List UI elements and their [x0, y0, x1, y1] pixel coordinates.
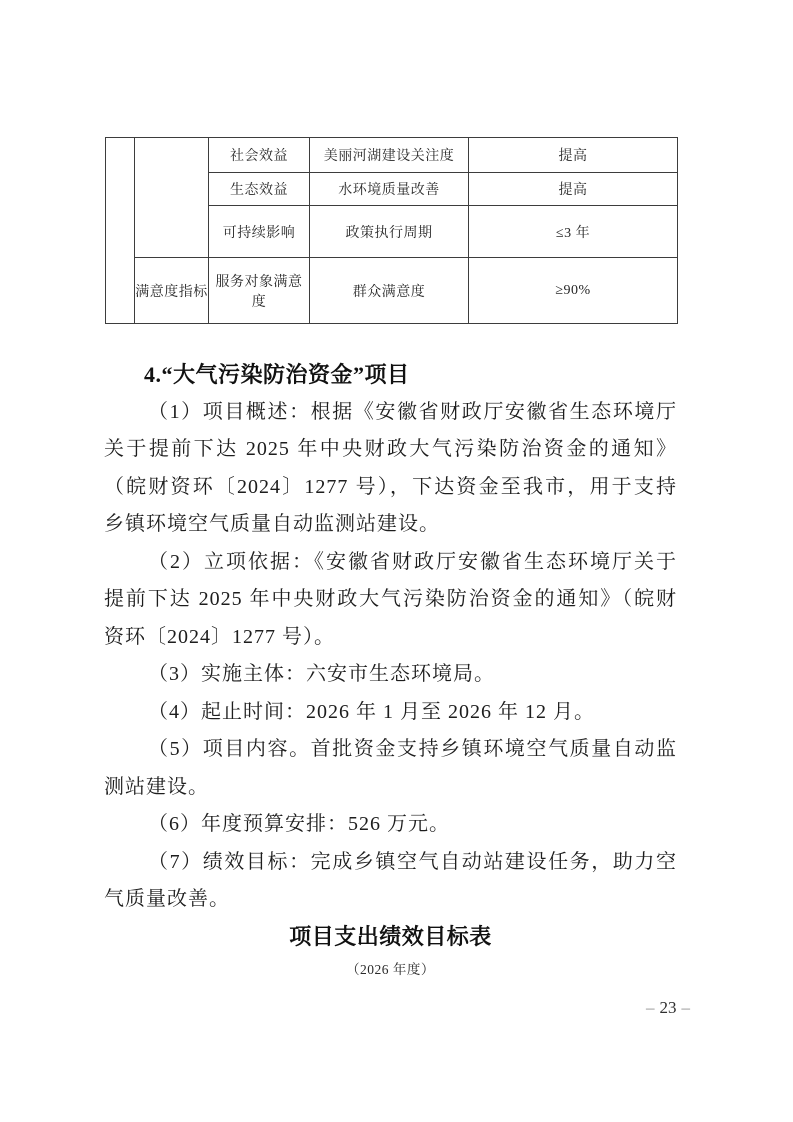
indicator-target-cell: ≥90% [469, 258, 678, 324]
indicator-target-cell: 提高 [469, 173, 678, 206]
satisfaction-label-cell: 满意度指标 [135, 258, 209, 324]
para-5-line-2: 测站建设。 [104, 769, 677, 807]
indicator-name-cell: 水环境质量改善 [310, 173, 469, 206]
para-1-line-2: 关于提前下达 2025 年中央财政大气污染防治资金的通知》 [104, 431, 677, 469]
indicator-name-cell: 美丽河湖建设关注度 [310, 138, 469, 173]
page-number-dash-right: – [677, 998, 696, 1017]
indicator-category-cell: 可持续影响 [209, 206, 310, 258]
indicator-target-cell: ≤3 年 [469, 206, 678, 258]
indicator-category-cell: 生态效益 [209, 173, 310, 206]
para-2-line-2: 提前下达 2025 年中央财政大气污染防治资金的通知》（皖财 [104, 581, 677, 619]
para-5-line-1: （5）项目内容。首批资金支持乡镇环境空气质量自动监 [104, 731, 677, 769]
indicator-target-cell: 提高 [469, 138, 678, 173]
next-table-year: （2026 年度） [104, 958, 677, 982]
indicator-category-cell: 服务对象满意度 [209, 258, 310, 324]
para-1-line-1: （1）项目概述：根据《安徽省财政厅安徽省生态环境厅 [104, 394, 677, 432]
para-2-line-1: （2）立项依据：《安徽省财政厅安徽省生态环境厅关于 [104, 544, 677, 582]
document-page: 社会效益 美丽河湖建设关注度 提高 生态效益 水环境质量改善 提高 可持续影响 … [0, 0, 793, 1122]
indicator-category-cell: 社会效益 [209, 138, 310, 173]
empty-lefthand-spanner-cell [106, 138, 135, 324]
performance-indicators-table: 社会效益 美丽河湖建设关注度 提高 生态效益 水环境质量改善 提高 可持续影响 … [105, 137, 678, 324]
para-3-line-1: （3）实施主体：六安市生态环境局。 [104, 656, 677, 694]
section-heading: 4.“大气污染防治资金”项目 [104, 356, 677, 394]
indicator-name-cell: 政策执行周期 [310, 206, 469, 258]
para-2-line-3: 资环〔2024〕1277 号）。 [104, 619, 677, 657]
next-table-title: 项目支出绩效目标表 [104, 922, 677, 952]
page-number: –23– [641, 997, 695, 1019]
page-number-value: 23 [660, 998, 677, 1017]
para-7-line-1: （7）绩效目标：完成乡镇空气自动站建设任务，助力空 [104, 844, 677, 882]
indicator-name-cell: 群众满意度 [310, 258, 469, 324]
para-6-line-1: （6）年度预算安排：526 万元。 [104, 806, 677, 844]
para-1-line-3: （皖财资环〔2024〕1277 号），下达资金至我市，用于支持 [104, 469, 677, 507]
para-7-line-2: 气质量改善。 [104, 881, 677, 919]
body-text-block: 4.“大气污染防治资金”项目 （1）项目概述：根据《安徽省财政厅安徽省生态环境厅… [104, 356, 677, 919]
para-4-line-1: （4）起止时间：2026 年 1 月至 2026 年 12 月。 [104, 694, 677, 732]
para-1-line-4: 乡镇环境空气质量自动监测站建设。 [104, 506, 677, 544]
empty-category-spanner-cell [135, 138, 209, 258]
page-number-dash-left: – [641, 998, 660, 1017]
